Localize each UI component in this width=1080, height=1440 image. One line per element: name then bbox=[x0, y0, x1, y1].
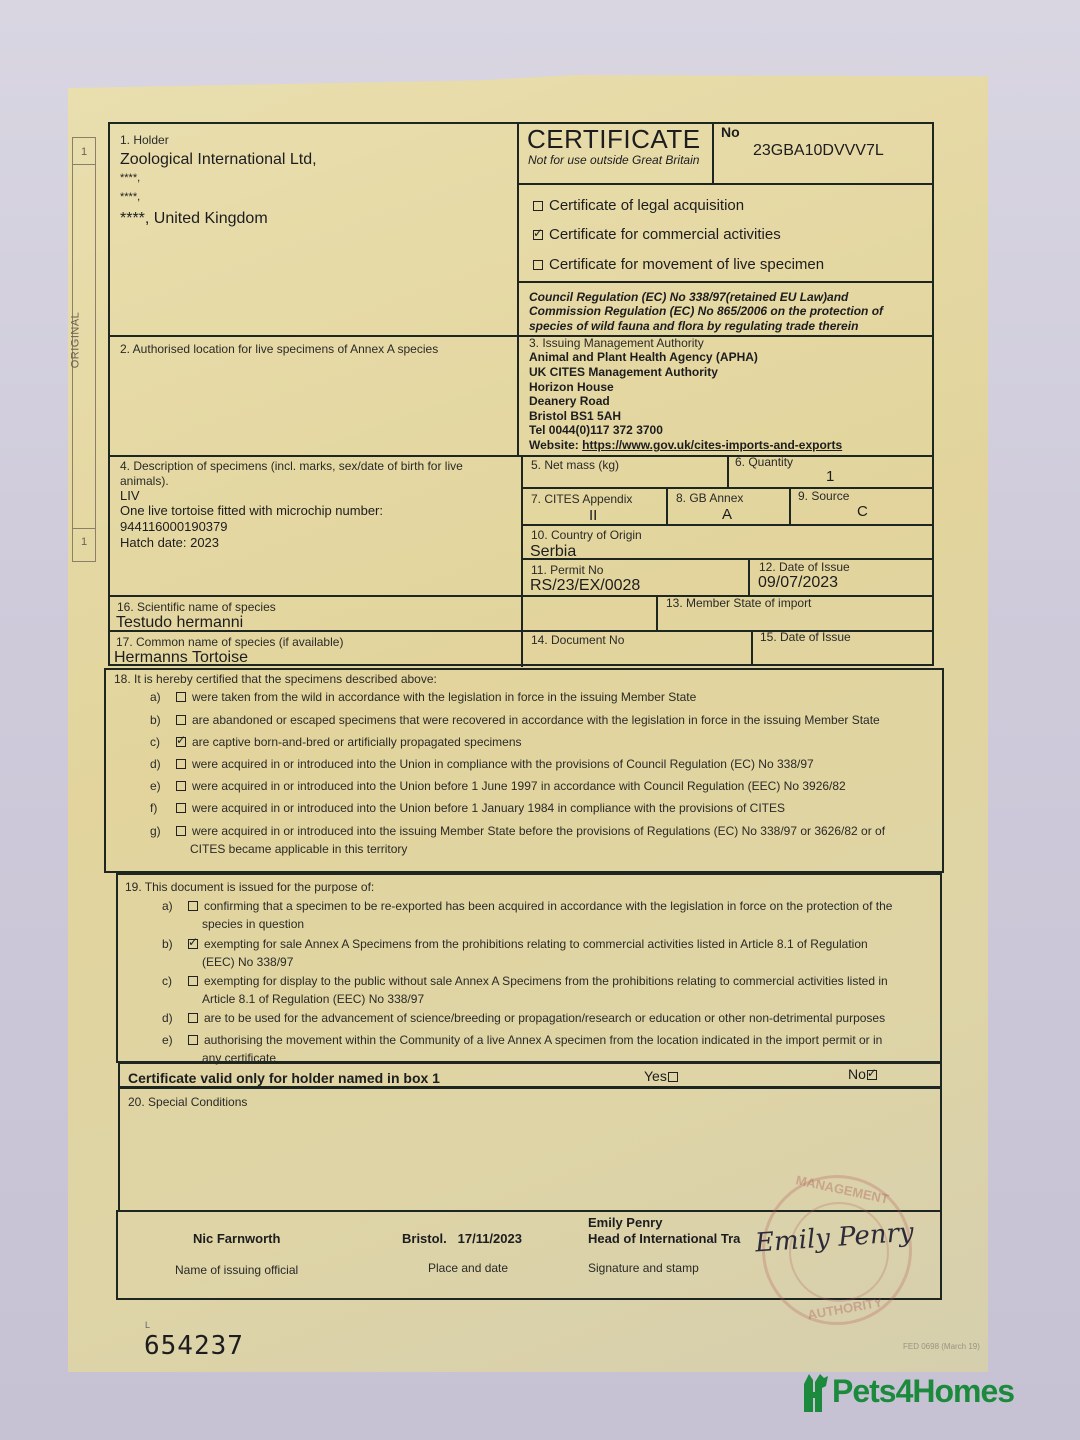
box12-label: 12. Date of Issue bbox=[759, 560, 850, 574]
checkbox[interactable] bbox=[533, 260, 543, 270]
box15-label: 15. Date of Issue bbox=[760, 630, 851, 644]
list-item: b)are abandoned or escaped specimens tha… bbox=[150, 713, 880, 727]
list-item: d)are to be used for the advancement of … bbox=[162, 1011, 885, 1025]
item-text: are captive born-and-bred or artificiall… bbox=[192, 735, 522, 749]
regulation-line-1: Council Regulation (EC) No 338/97(retain… bbox=[529, 290, 848, 304]
place-caption: Place and date bbox=[428, 1261, 508, 1275]
item-text-continued: (EEC) No 338/97 bbox=[202, 955, 293, 969]
gb-annex-value: A bbox=[722, 506, 732, 523]
list-item: c)are captive born-and-bred or artificia… bbox=[150, 735, 522, 749]
checkbox[interactable] bbox=[176, 692, 186, 702]
item-text: exempting for display to the public with… bbox=[204, 974, 888, 988]
checkbox[interactable] bbox=[188, 1013, 198, 1023]
list-item: f)were acquired in or introduced into th… bbox=[150, 801, 785, 815]
item-letter: g) bbox=[150, 824, 176, 838]
item-letter: b) bbox=[162, 937, 188, 951]
list-item: c)exempting for display to the public wi… bbox=[162, 974, 888, 988]
pets4homes-watermark: Pets4Homes bbox=[800, 1370, 1014, 1412]
specimen-description: One live tortoise fitted with microchip … bbox=[120, 503, 383, 518]
item-letter: e) bbox=[162, 1033, 188, 1047]
box9-label: 9. Source bbox=[798, 489, 849, 503]
serial-marker: L bbox=[145, 1320, 150, 1330]
item-text: were acquired in or introduced into the … bbox=[192, 757, 814, 771]
item-text: were acquired in or introduced into the … bbox=[192, 824, 885, 838]
item-text: authorising the movement within the Comm… bbox=[204, 1033, 882, 1047]
cert-type-legal-acquisition[interactable]: Certificate of legal acquisition bbox=[533, 197, 744, 214]
authority-line-2: UK CITES Management Authority bbox=[529, 365, 718, 379]
signer-name: Emily Penry bbox=[588, 1215, 662, 1230]
common-name-value: Hermanns Tortoise bbox=[114, 649, 248, 667]
checkbox[interactable] bbox=[176, 803, 186, 813]
quantity-value: 1 bbox=[826, 468, 834, 485]
item-text-continued: species in question bbox=[202, 917, 304, 931]
permit-no-value: RS/23/EX/0028 bbox=[530, 577, 640, 595]
no-checkbox-checked[interactable] bbox=[867, 1070, 877, 1080]
item-letter: b) bbox=[150, 713, 176, 727]
item-letter: e) bbox=[150, 779, 176, 793]
box6-label: 6. Quantity bbox=[735, 455, 793, 469]
authority-website: Website: https://www.gov.uk/cites-import… bbox=[529, 438, 842, 452]
holder-address-1: ****, bbox=[120, 172, 140, 184]
authority-line-1: Animal and Plant Health Agency (APHA) bbox=[529, 350, 758, 364]
item-letter: c) bbox=[150, 735, 176, 749]
holder-name: Zoological International Ltd, bbox=[120, 151, 317, 169]
official-name: Nic Farnworth bbox=[193, 1231, 280, 1246]
holder-address-2: ****, bbox=[120, 191, 140, 203]
certificate-no-value: 23GBA10DVVV7L bbox=[753, 142, 884, 160]
item-text: confirming that a specimen to be re-expo… bbox=[204, 899, 892, 913]
box19-label: 19. This document is issued for the purp… bbox=[125, 880, 374, 894]
country-of-origin-value: Serbia bbox=[530, 543, 576, 561]
serial-number: 654237 bbox=[144, 1331, 244, 1361]
item-letter: a) bbox=[150, 690, 176, 704]
item-text: were acquired in or introduced into the … bbox=[192, 779, 846, 793]
original-strip: 1 ORIGINAL 1 bbox=[72, 137, 96, 562]
checkbox[interactable] bbox=[176, 781, 186, 791]
item-letter: c) bbox=[162, 974, 188, 988]
item-letter: a) bbox=[162, 899, 188, 913]
cert-type-movement[interactable]: Certificate for movement of live specime… bbox=[533, 256, 824, 273]
signature-caption: Signature and stamp bbox=[588, 1261, 699, 1275]
box1-label: 1. Holder bbox=[120, 133, 169, 147]
item-text: are abandoned or escaped specimens that … bbox=[192, 713, 880, 727]
checkbox[interactable] bbox=[176, 715, 186, 725]
list-item: a)confirming that a specimen to be re-ex… bbox=[162, 899, 892, 913]
item-letter: f) bbox=[150, 801, 176, 815]
item-text: were acquired in or introduced into the … bbox=[192, 801, 785, 815]
certificate-no-label: No bbox=[721, 124, 740, 140]
signer-title: Head of International Tra bbox=[588, 1231, 740, 1246]
authority-line-6: Tel 0044(0)117 372 3700 bbox=[529, 423, 663, 437]
box17-label: 17. Common name of species (if available… bbox=[116, 635, 343, 649]
authority-website-link[interactable]: https://www.gov.uk/cites-imports-and-exp… bbox=[582, 438, 842, 452]
validity-no[interactable]: No bbox=[848, 1066, 883, 1082]
certificate-title: CERTIFICATE bbox=[527, 124, 701, 155]
list-item: a)were taken from the wild in accordance… bbox=[150, 690, 696, 704]
checkbox-checked[interactable] bbox=[533, 230, 543, 240]
specimen-code: LIV bbox=[120, 488, 140, 503]
item-text: exempting for sale Annex A Specimens fro… bbox=[204, 937, 868, 951]
source-value: C bbox=[857, 503, 868, 520]
pets4homes-logo-icon bbox=[800, 1370, 830, 1412]
box4-label-cont: animals). bbox=[120, 474, 169, 488]
authority-line-5: Bristol BS1 5AH bbox=[529, 409, 621, 423]
checkbox[interactable] bbox=[533, 201, 543, 211]
holder-address-3: ****, United Kingdom bbox=[120, 210, 268, 228]
checkbox-checked[interactable] bbox=[188, 939, 198, 949]
regulation-line-3: species of wild fauna and flora by regul… bbox=[529, 319, 858, 333]
checkbox[interactable] bbox=[176, 759, 186, 769]
place-and-date: Bristol. 17/11/2023 bbox=[402, 1231, 522, 1246]
list-item: e)were acquired in or introduced into th… bbox=[150, 779, 846, 793]
scientific-name-value: Testudo hermanni bbox=[116, 614, 243, 632]
list-item: d)were acquired in or introduced into th… bbox=[150, 757, 814, 771]
item-text: are to be used for the advancement of sc… bbox=[204, 1011, 885, 1025]
box11-label: 11. Permit No bbox=[531, 563, 603, 577]
validity-yes[interactable]: Yes bbox=[644, 1068, 684, 1084]
box4-label: 4. Description of specimens (incl. marks… bbox=[120, 459, 463, 473]
checkbox[interactable] bbox=[188, 976, 198, 986]
list-item: g)were acquired in or introduced into th… bbox=[150, 824, 885, 838]
authority-line-3: Horizon House bbox=[529, 380, 614, 394]
hatch-date: Hatch date: 2023 bbox=[120, 535, 219, 550]
box7-label: 7. CITES Appendix bbox=[531, 492, 632, 506]
checkbox[interactable] bbox=[188, 901, 198, 911]
pets4homes-logo-text: Pets4Homes bbox=[832, 1373, 1014, 1410]
list-item: b)exempting for sale Annex A Specimens f… bbox=[162, 937, 868, 951]
box3-label: 3. Issuing Management Authority bbox=[529, 336, 704, 350]
official-caption: Name of issuing official bbox=[175, 1263, 298, 1277]
item-letter: d) bbox=[162, 1011, 188, 1025]
cites-appendix-value: II bbox=[589, 507, 597, 524]
yes-checkbox[interactable] bbox=[668, 1072, 678, 1082]
item-text-continued: CITES became applicable in this territor… bbox=[190, 842, 407, 856]
checkbox-checked[interactable] bbox=[176, 737, 186, 747]
copy-number-bottom: 1 bbox=[73, 536, 95, 548]
list-item: e)authorising the movement within the Co… bbox=[162, 1033, 882, 1047]
certificate-subtitle: Not for use outside Great Britain bbox=[528, 153, 699, 167]
box18-label: 18. It is hereby certified that the spec… bbox=[114, 672, 437, 686]
box5-label: 5. Net mass (kg) bbox=[531, 458, 619, 472]
box16-label: 16. Scientific name of species bbox=[117, 600, 276, 614]
checkbox[interactable] bbox=[188, 1035, 198, 1045]
cert-type-commercial[interactable]: Certificate for commercial activities bbox=[533, 226, 781, 243]
date-of-issue-value: 09/07/2023 bbox=[758, 574, 838, 592]
checkbox[interactable] bbox=[176, 826, 186, 836]
item-text-continued: Article 8.1 of Regulation (EEC) No 338/9… bbox=[202, 992, 424, 1006]
authority-line-4: Deanery Road bbox=[529, 394, 610, 408]
box20-label: 20. Special Conditions bbox=[128, 1095, 247, 1109]
box10-label: 10. Country of Origin bbox=[531, 528, 642, 542]
form-code: FED 0698 (March 19) bbox=[903, 1342, 980, 1351]
box14-label: 14. Document No bbox=[531, 633, 624, 647]
box2-label: 2. Authorised location for live specimen… bbox=[120, 342, 438, 356]
validity-label: Certificate valid only for holder named … bbox=[128, 1070, 440, 1086]
microchip-number: 944116000190379 bbox=[120, 519, 228, 534]
regulation-line-2: Commission Regulation (EC) No 865/2006 o… bbox=[529, 304, 883, 318]
original-label: ORIGINAL bbox=[69, 312, 81, 369]
item-letter: d) bbox=[150, 757, 176, 771]
box8-label: 8. GB Annex bbox=[676, 491, 743, 505]
item-text: were taken from the wild in accordance w… bbox=[192, 690, 696, 704]
copy-number-top: 1 bbox=[73, 146, 95, 158]
box13-label: 13. Member State of import bbox=[666, 596, 811, 610]
